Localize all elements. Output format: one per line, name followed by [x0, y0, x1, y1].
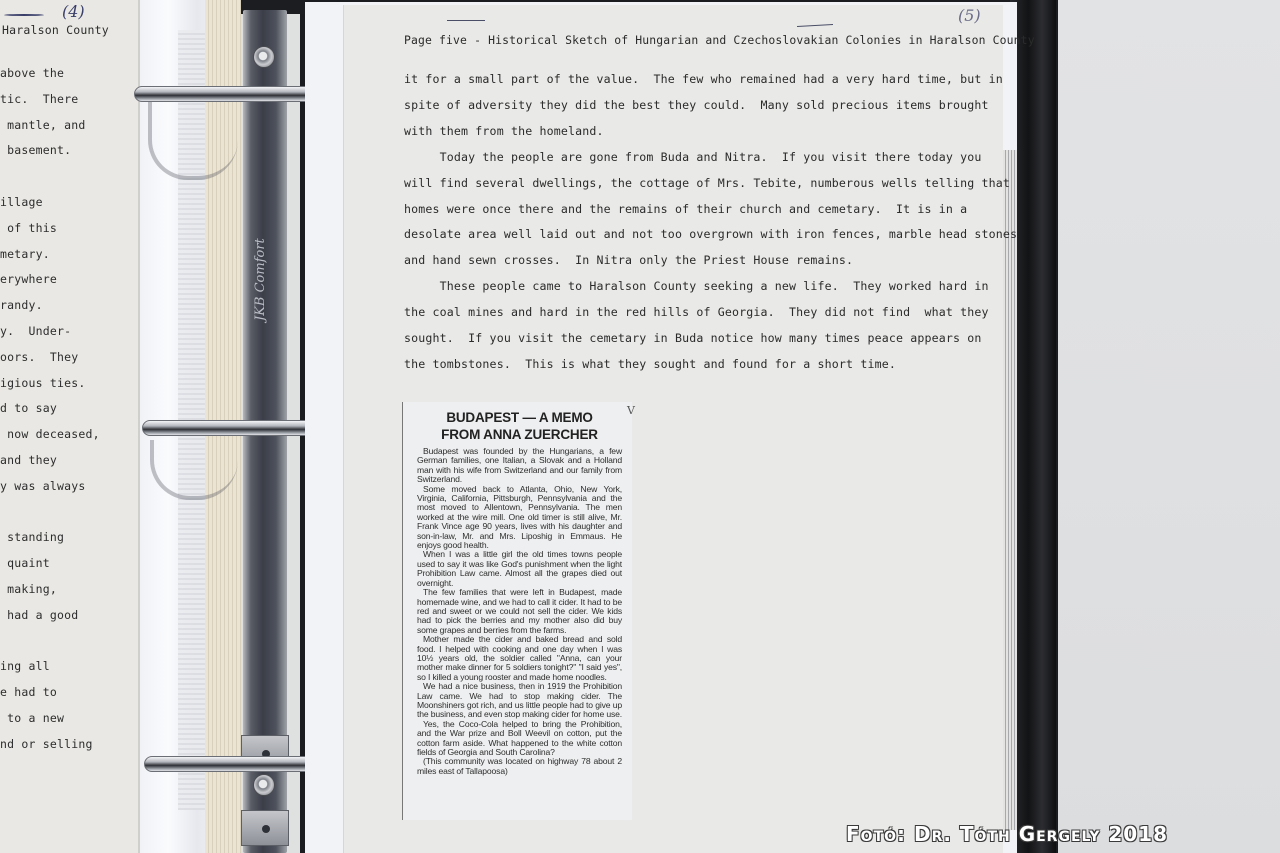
rivet-icon: [253, 774, 275, 796]
clipping-title-line-2: FROM ANNA ZUERCHER: [417, 427, 622, 444]
clipping-paragraph: Budapest was founded by the Hungarians, …: [417, 447, 622, 485]
page-number-handwritten: (5): [958, 6, 981, 25]
text-line: now deceased,: [0, 427, 100, 441]
left-page: (4) Haralson County above thetic. There …: [0, 0, 140, 853]
text-line: and hand sewn crosses. In Nitra only the…: [404, 253, 853, 267]
page-number-handwritten: (4): [62, 2, 85, 21]
mechanism-engraving: [257, 540, 271, 620]
text-line: igious ties.: [0, 376, 85, 390]
text-line: making,: [0, 582, 57, 596]
page-header: Page five - Historical Sketch of Hungari…: [404, 33, 1035, 47]
margin-check-mark: V: [627, 404, 635, 417]
page-header-fragment: Haralson County: [2, 23, 109, 37]
binder-ring-bottom[interactable]: [144, 756, 324, 772]
pen-mark: [4, 14, 44, 16]
text-line: y was always: [0, 479, 85, 493]
pen-mark: [447, 20, 485, 21]
mechanism-brand-label: JKB Comfort: [253, 220, 273, 340]
text-line: erywhere: [0, 272, 57, 286]
ring-shadow: [148, 100, 238, 180]
text-line: will find several dwellings, the cottage…: [404, 176, 1010, 190]
text-line: above the: [0, 66, 64, 80]
clipping-paragraph: (This community was located on highway 7…: [417, 757, 622, 776]
text-line: These people came to Haralson County see…: [404, 279, 989, 293]
newspaper-clipping: BUDAPEST — A MEMO FROM ANNA ZUERCHER Bud…: [402, 402, 632, 820]
clipping-paragraph: Mother made the cider and baked bread an…: [417, 635, 622, 682]
text-line: y. Under-: [0, 324, 71, 338]
binder-ring-middle[interactable]: [142, 420, 328, 436]
mechanism-plate: [241, 810, 289, 846]
text-line: had a good: [0, 608, 78, 622]
text-line: basement.: [0, 143, 71, 157]
text-line: and they: [0, 453, 57, 467]
text-line: metary.: [0, 247, 50, 261]
text-line: nd or selling: [0, 737, 93, 751]
page-stack-edge-right: [1003, 150, 1017, 830]
rivet-icon: [253, 46, 275, 68]
text-line: ing all: [0, 659, 50, 673]
text-line: quaint: [0, 556, 50, 570]
clipping-body: Budapest was founded by the Hungarians, …: [417, 447, 622, 776]
text-line: e had to: [0, 685, 57, 699]
text-line: the tombstones. This is what they sought…: [404, 357, 896, 371]
text-line: oors. They: [0, 350, 78, 364]
text-line: to a new: [0, 711, 64, 725]
text-line: mantle, and: [0, 118, 85, 132]
text-line: with them from the homeland.: [404, 124, 604, 138]
clipping-paragraph: When I was a little girl the old times t…: [417, 550, 622, 588]
text-line: d to say: [0, 401, 57, 415]
text-line: of this: [0, 221, 57, 235]
text-line: it for a small part of the value. The fe…: [404, 72, 1003, 86]
text-line: tic. There: [0, 92, 78, 106]
text-line: randy.: [0, 298, 43, 312]
text-line: spite of adversity they did the best the…: [404, 98, 989, 112]
table-surface: [1055, 0, 1280, 853]
text-line: Today the people are gone from Buda and …: [404, 150, 982, 164]
text-line: standing: [0, 530, 64, 544]
text-line: sought. If you visit the cemetary in Bud…: [404, 331, 982, 345]
text-line: the coal mines and hard in the red hills…: [404, 305, 989, 319]
photo-credit-watermark: Fotó: Dr. Tóth Gergely 2018: [846, 822, 1168, 846]
text-line: desolate area well laid out and not too …: [404, 227, 1017, 241]
binder-ring-top[interactable]: [134, 86, 332, 102]
clipping-paragraph: Yes, the Coco-Cola helped to bring the P…: [417, 720, 622, 758]
clipping-title-line-1: BUDAPEST — A MEMO: [417, 410, 622, 427]
text-line: homes were once there and the remains of…: [404, 202, 967, 216]
clipping-title: BUDAPEST — A MEMO FROM ANNA ZUERCHER: [417, 410, 622, 443]
clipping-paragraph: The few families that were left in Budap…: [417, 588, 622, 635]
text-line: illage: [0, 195, 43, 209]
clipping-paragraph: Some moved back to Atlanta, Ohio, New Yo…: [417, 485, 622, 551]
clipping-paragraph: We had a nice business, then in 1919 the…: [417, 682, 622, 720]
